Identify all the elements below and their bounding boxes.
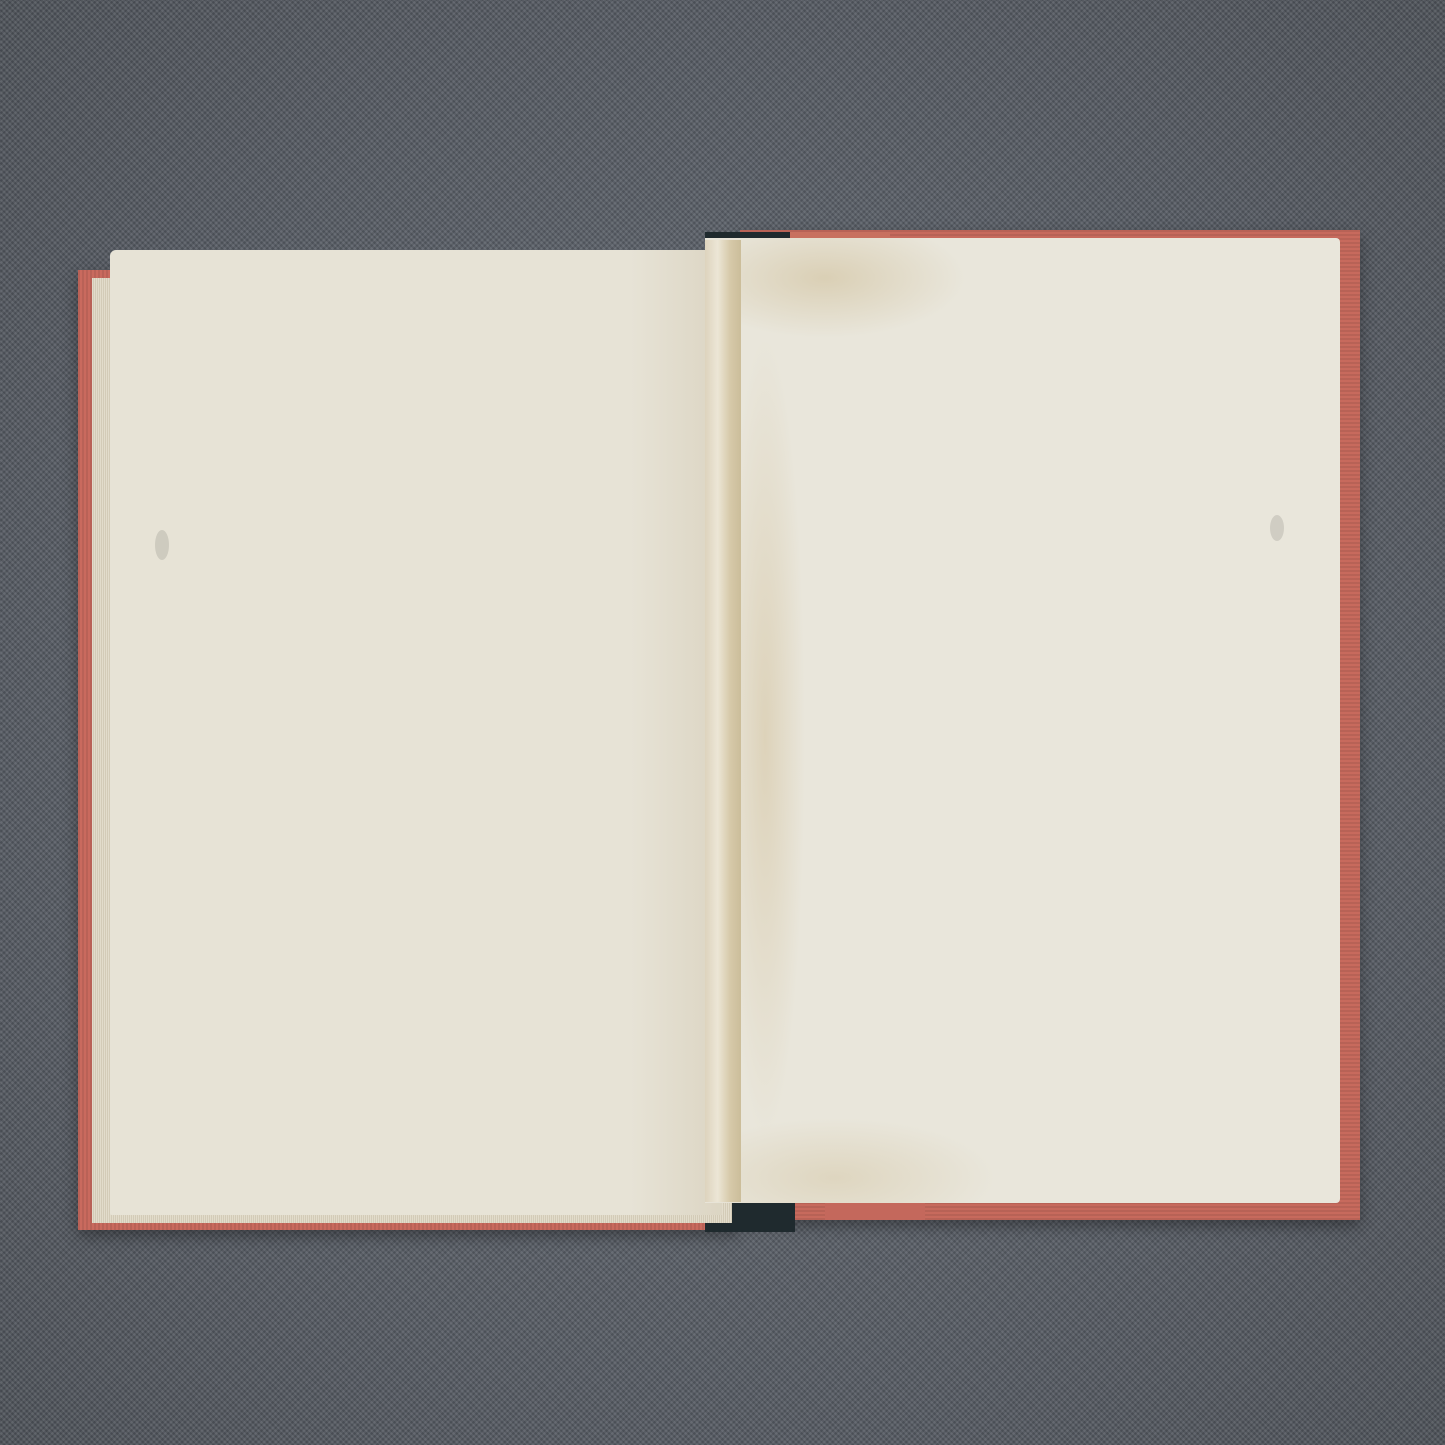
- right-endpaper: [705, 238, 1340, 1203]
- offset-mark-right: [1270, 515, 1284, 541]
- cover-edge-bottom: [825, 1200, 925, 1220]
- left-blank-page: [110, 250, 722, 1215]
- book-gutter: [705, 240, 741, 1202]
- offset-mark-left: [155, 530, 169, 560]
- photo-scene: [0, 0, 1445, 1445]
